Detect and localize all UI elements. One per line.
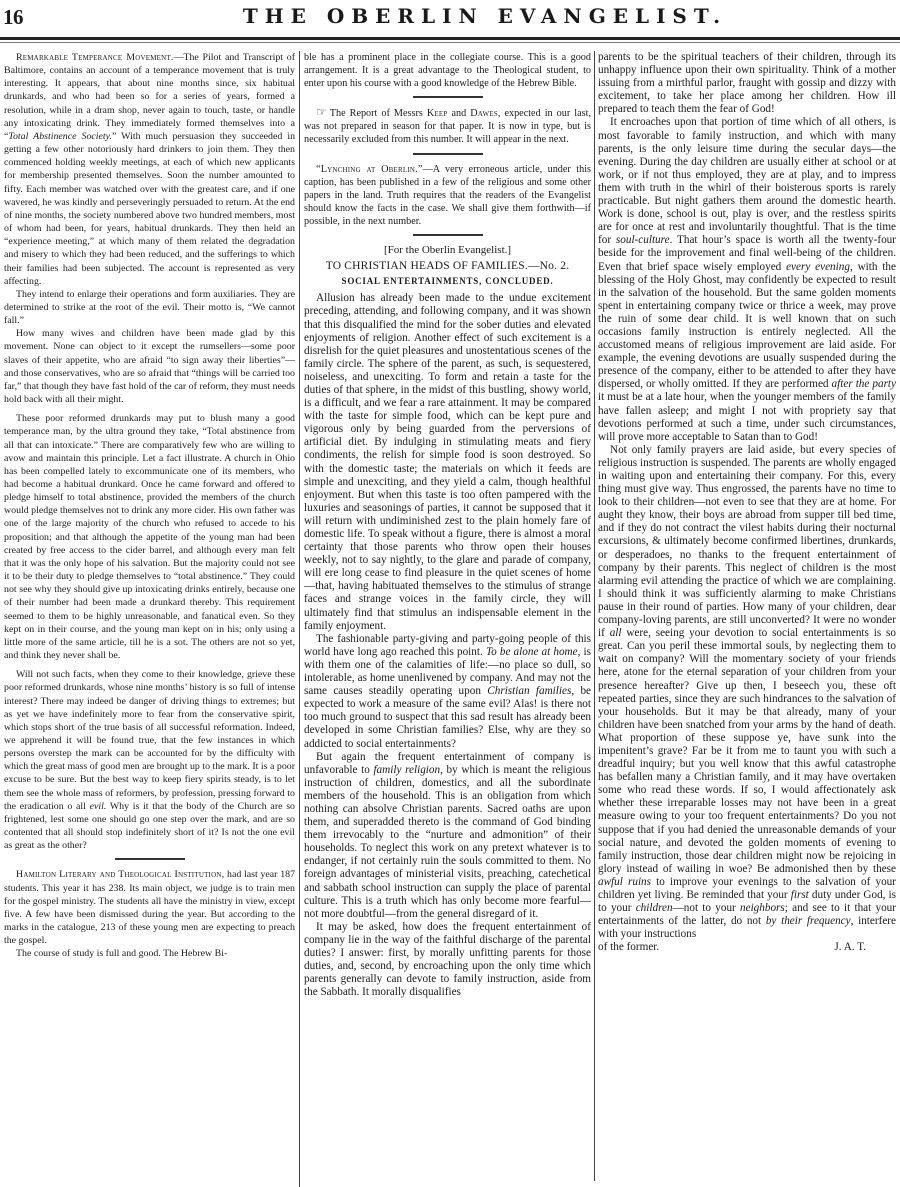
column-3: parents to be the spiritual teachers of …	[598, 51, 896, 954]
article-subtitle: SOCIAL ENTERTAINMENTS, CONCLUDED.	[304, 275, 591, 288]
newspaper-title: THE OBERLIN EVANGELIST.	[0, 4, 900, 28]
author-signature: J. A. T.	[834, 941, 896, 954]
column-divider	[299, 51, 300, 1187]
article-heading: Remarkable Temperance Movement.	[16, 52, 174, 63]
article-paragraph: It encroaches upon that portion of time …	[598, 116, 896, 443]
article-continuation: ble has a prominent place in the collegi…	[304, 51, 591, 90]
column-2: ble has a prominent place in the collegi…	[304, 51, 591, 999]
notice-lynching: “Lynching at Oberlin.”—A very erroneous …	[304, 163, 591, 228]
article-temperance-movement: Remarkable Temperance Movement.—The Pilo…	[4, 51, 295, 852]
article-paragraph: Hamilton Literary and Theological Instit…	[4, 868, 295, 947]
section-divider	[413, 96, 483, 98]
article-paragraph: How many wives and children have been ma…	[4, 327, 295, 406]
column-divider	[594, 51, 595, 1181]
article-heading: Hamilton Literary and Theological Instit…	[16, 869, 224, 880]
section-divider	[413, 153, 483, 155]
section-divider	[413, 234, 483, 236]
article-christian-heads-of-families: [For the Oberlin Evangelist.] TO CHRISTI…	[304, 244, 591, 999]
article-paragraph: The course of study is full and good. Th…	[4, 947, 295, 960]
article-paragraph: The fashionable party-giving and party-g…	[304, 633, 591, 751]
masthead-rule	[0, 37, 900, 40]
pointing-hand-icon: ☞	[316, 105, 327, 119]
article-paragraph: Remarkable Temperance Movement.—The Pilo…	[4, 51, 295, 288]
article-paragraph: parents to be the spiritual teachers of …	[598, 51, 896, 116]
notice-report: ☞The Report of Messrs Keep and Dawes, ex…	[304, 106, 591, 146]
article-attribution: [For the Oberlin Evangelist.]	[304, 244, 591, 257]
notice-heading: “Lynching at Oberlin.”	[316, 164, 423, 175]
article-title: TO CHRISTIAN HEADS OF FAMILIES.—No. 2.	[304, 260, 591, 273]
masthead: 16 THE OBERLIN EVANGELIST.	[0, 0, 900, 46]
article-paragraph: Will not such facts, when they come to t…	[4, 668, 295, 852]
article-paragraph: It may be asked, how does the frequent e…	[304, 921, 591, 1000]
masthead-rule-thin	[0, 42, 900, 43]
article-paragraph: Allusion has already been made to the un…	[304, 292, 591, 632]
article-paragraph: They intend to enlarge their operations …	[4, 288, 295, 327]
page-columns: Remarkable Temperance Movement.—The Pilo…	[0, 51, 900, 1187]
article-paragraph: But again the frequent entertainment of …	[304, 751, 591, 921]
section-divider	[115, 858, 185, 860]
article-hamilton-institution: Hamilton Literary and Theological Instit…	[4, 868, 295, 960]
article-paragraph: Not only family prayers are laid aside, …	[598, 444, 896, 942]
column-1: Remarkable Temperance Movement.—The Pilo…	[4, 51, 295, 960]
article-closing-line: of the former.J. A. T.	[598, 941, 896, 954]
article-paragraph: These poor reformed drunkards may put to…	[4, 412, 295, 662]
